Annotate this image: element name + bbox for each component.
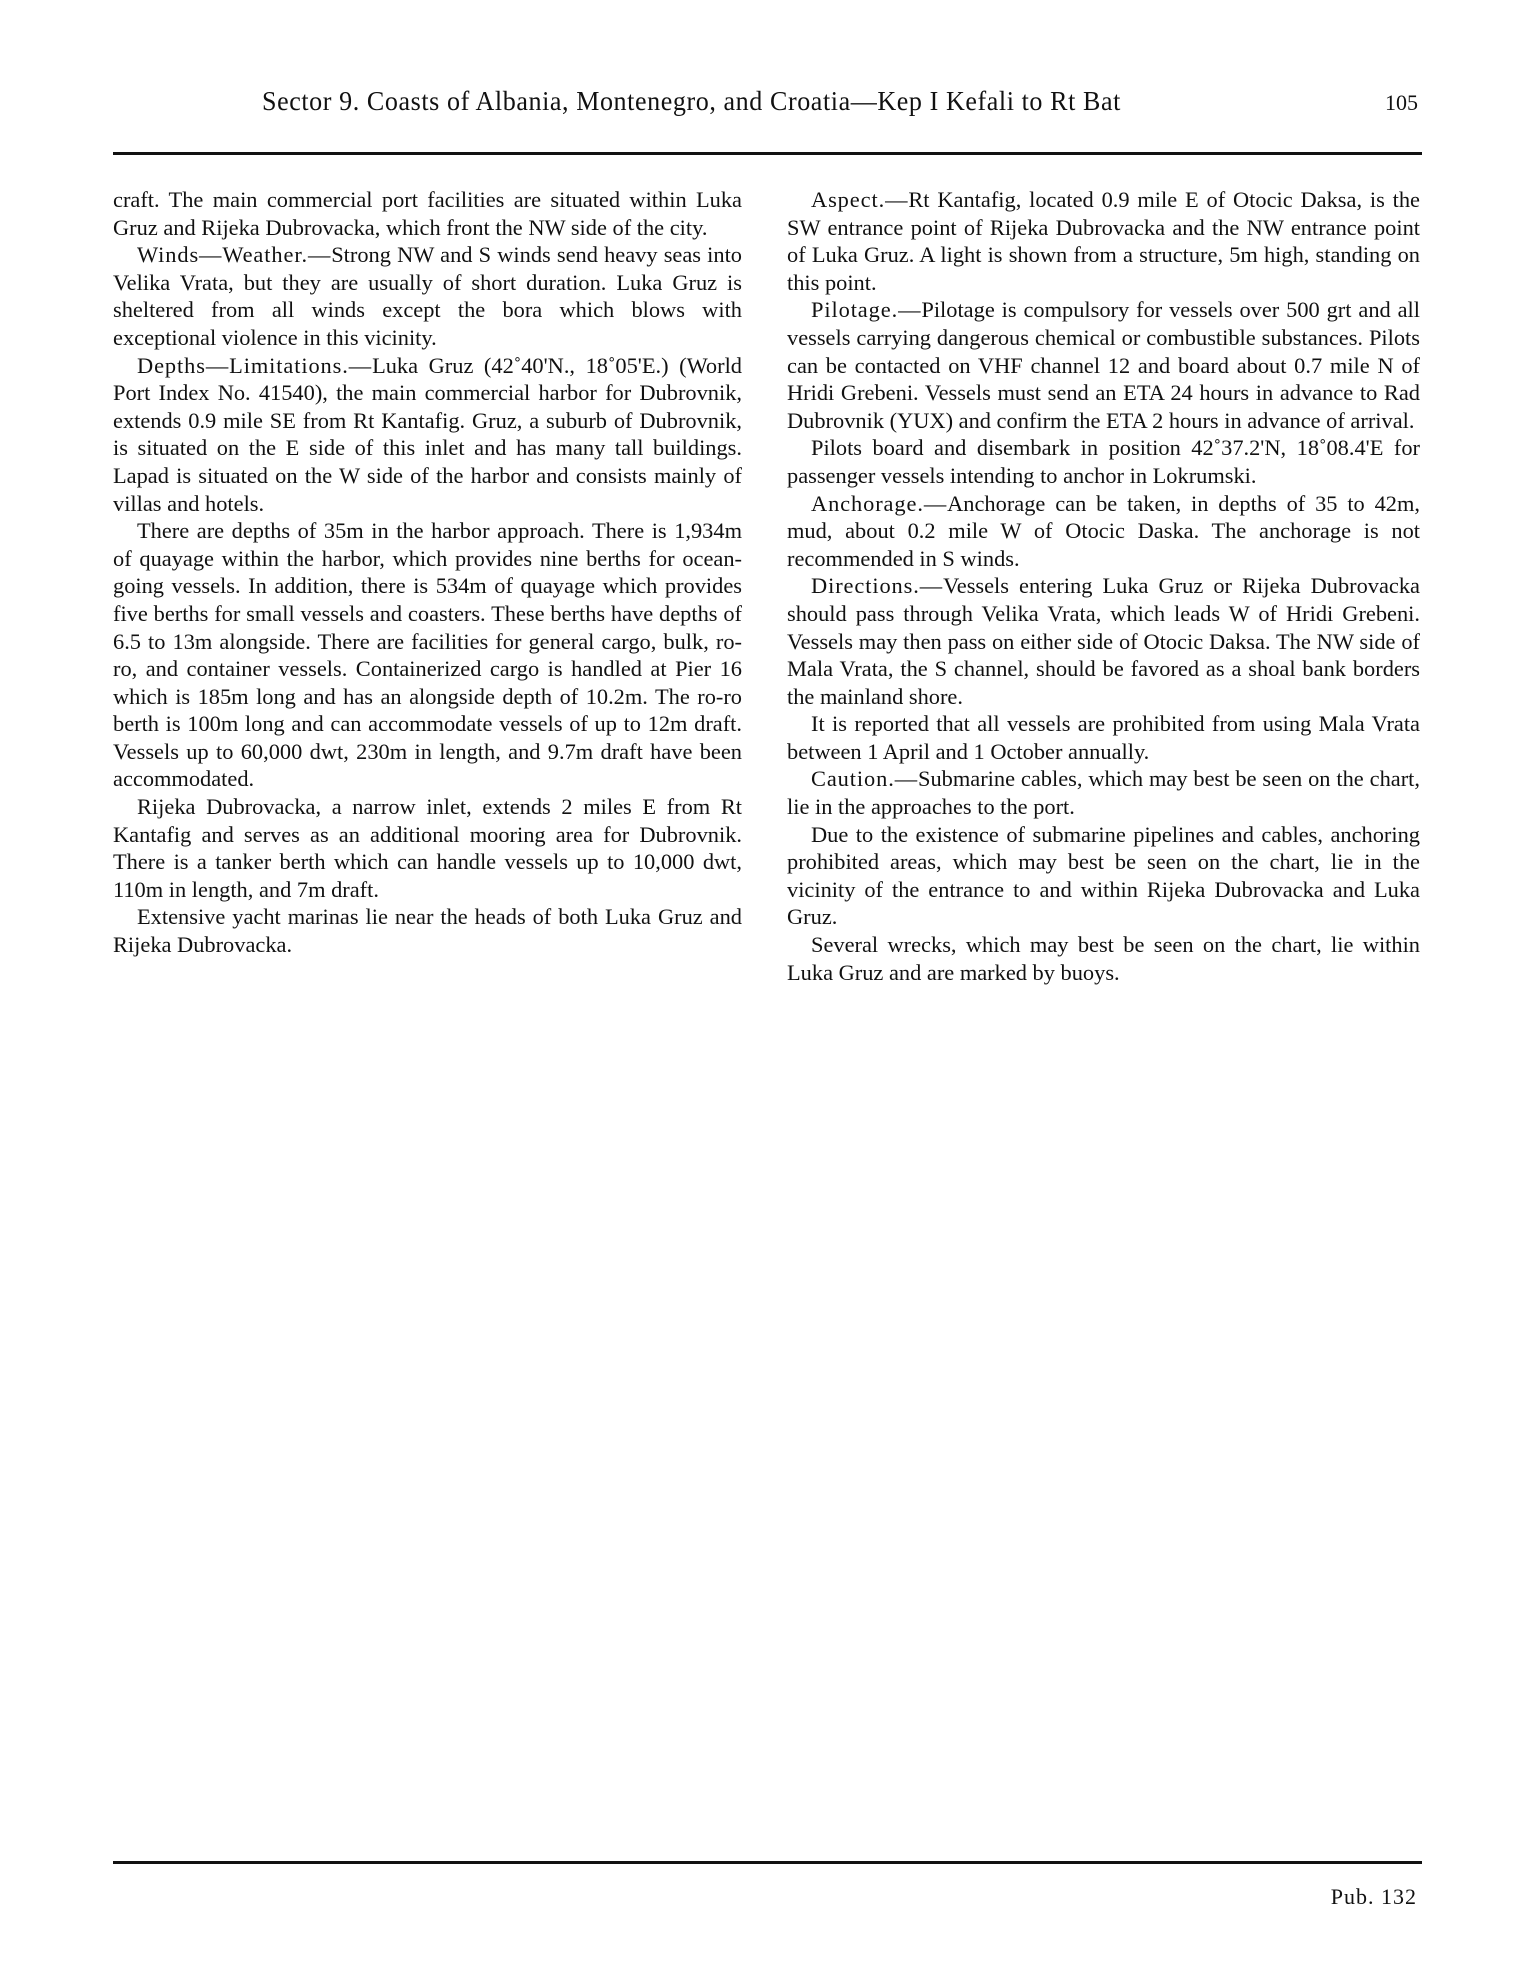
run-in-heading: Depths—Limitations.— <box>137 353 372 378</box>
paragraph-text: It is reported that all vessels are proh… <box>787 711 1420 764</box>
right-column: Aspect.—Rt Kantafig, located 0.9 mile E … <box>787 186 1420 986</box>
paragraph-wrecks: Several wrecks, which may best be seen o… <box>787 931 1420 986</box>
run-in-heading: Directions.— <box>811 573 943 598</box>
run-in-heading: Anchorage.— <box>811 491 947 516</box>
paragraph-aspect: Aspect.—Rt Kantafig, located 0.9 mile E … <box>787 186 1420 296</box>
footer-rule <box>113 1861 1422 1864</box>
page-number: 105 <box>1385 90 1418 116</box>
header-rule <box>113 152 1422 155</box>
run-in-heading: Caution.— <box>811 766 918 791</box>
publication-number: Pub. 132 <box>1331 1884 1417 1910</box>
paragraph-anchorage: Anchorage.—Anchorage can be taken, in de… <box>787 490 1420 573</box>
run-in-heading: Aspect.— <box>811 187 908 212</box>
left-column: craft. The main commercial port faciliti… <box>113 186 742 959</box>
paragraph-anchoring-prohibited: Due to the existence of submarine pipeli… <box>787 821 1420 931</box>
paragraph-mala-vrata-prohibition: It is reported that all vessels are proh… <box>787 710 1420 765</box>
paragraph-winds-weather: Winds—Weather.—Strong NW and S winds sen… <box>113 241 742 351</box>
paragraph-directions: Directions.—Vessels entering Luka Gruz o… <box>787 572 1420 710</box>
paragraph-quayage: There are depths of 35m in the harbor ap… <box>113 517 742 793</box>
paragraph-text: Several wrecks, which may best be seen o… <box>787 932 1420 985</box>
paragraph-depths-limitations: Depths—Limitations.—Luka Gruz (42˚40'N.,… <box>113 352 742 518</box>
paragraph-rijeka-dubrovacka: Rijeka Dubrovacka, a narrow inlet, exten… <box>113 793 742 903</box>
paragraph-text: Rijeka Dubrovacka, a narrow inlet, exten… <box>113 794 742 902</box>
paragraph-continuation: craft. The main commercial port faciliti… <box>113 186 742 241</box>
paragraph-yacht-marinas: Extensive yacht marinas lie near the hea… <box>113 903 742 958</box>
paragraph-pilot-boarding-position: Pilots board and disembark in position 4… <box>787 434 1420 489</box>
paragraph-caution: Caution.—Submarine cables, which may bes… <box>787 765 1420 820</box>
sector-title: Sector 9. Coasts of Albania, Montenegro,… <box>262 86 1121 117</box>
run-in-heading: Winds—Weather.— <box>137 242 331 267</box>
paragraph-pilotage: Pilotage.—Pilotage is compulsory for ves… <box>787 296 1420 434</box>
run-in-heading: Pilotage.— <box>811 297 921 322</box>
paragraph-text: Due to the existence of submarine pipeli… <box>787 822 1420 930</box>
paragraph-text: Extensive yacht marinas lie near the hea… <box>113 904 742 957</box>
paragraph-text: Pilots board and disembark in position 4… <box>787 435 1420 488</box>
paragraph-text: craft. The main commercial port faciliti… <box>113 187 742 240</box>
paragraph-text: There are depths of 35m in the harbor ap… <box>113 518 742 791</box>
